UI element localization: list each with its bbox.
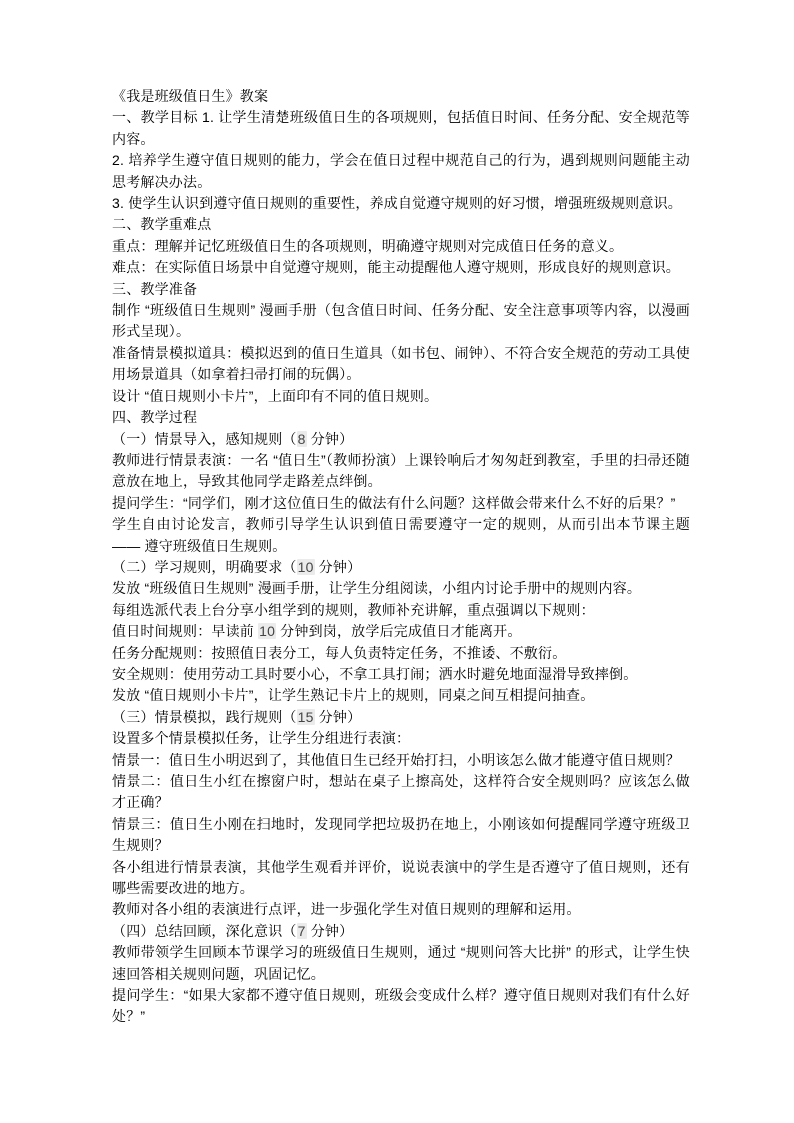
- text-run: 设置多个情景模拟任务，让学生分组进行表演：: [112, 730, 410, 746]
- text-run: 教师对各小组的表演进行点评，进一步强化学生对值日规则的理解和运用。: [112, 901, 581, 917]
- text-run: 难点：在实际值日场景中自觉遵守规则，能主动提醒他人遵守规则，形成良好的规则意识。: [112, 259, 680, 275]
- section-heading: 二、教学重难点: [112, 214, 690, 235]
- paragraph: 情景二：值日生小红在擦窗户时，想站在桌子上擦高处，这样符合安全规则吗？应该怎么做…: [112, 771, 690, 814]
- paragraph: 难点：在实际值日场景中自觉遵守规则，能主动提醒他人遵守规则，形成良好的规则意识。: [112, 257, 690, 278]
- text-block: 《我是班级值日生》教案一、教学目标 1. 让学生清楚班级值日生的各项规则，包括值…: [112, 86, 690, 1028]
- text-run: 《我是班级值日生》教案: [112, 88, 268, 104]
- text-run: 重点：理解并记忆班级值日生的各项规则，明确遵守规则对完成值日任务的意义。: [112, 238, 623, 254]
- text-run: 制作 “班级值日生规则” 漫画手册（包含值日时间、任务分配、安全注意事项等内容，…: [112, 302, 690, 339]
- text-run: （三）情景模拟，践行规则（: [112, 709, 297, 725]
- text-run: 情景三：值日生小刚在扫地时，发现同学把垃圾扔在地上，小刚该如何提醒同学遵守班级卫…: [112, 816, 690, 853]
- highlighted-number: 10: [297, 559, 315, 575]
- subsection-heading: （三）情景模拟，践行规则（15 分钟）: [112, 707, 690, 728]
- text-run: 分钟）: [307, 923, 354, 939]
- section-heading: 三、教学准备: [112, 279, 690, 300]
- paragraph: 提问学生：“同学们，刚才这位值日生的做法有什么问题？这样做会带来什么不好的后果？…: [112, 493, 690, 514]
- text-run: 3. 使学生认识到遵守值日规则的重要性，养成自觉遵守规则的好习惯，增强班级规则意…: [112, 195, 682, 211]
- highlighted-number: 15: [297, 709, 315, 725]
- highlighted-number: 7: [297, 923, 307, 939]
- paragraph: 一、教学目标 1. 让学生清楚班级值日生的各项规则，包括值日时间、任务分配、安全…: [112, 107, 690, 150]
- text-run: 准备情景模拟道具：模拟迟到的值日生道具（如书包、闹钟）、不符合安全规范的劳动工具…: [112, 345, 690, 382]
- paragraph: 重点：理解并记忆班级值日生的各项规则，明确遵守规则对完成值日任务的意义。: [112, 236, 690, 257]
- paragraph: 各小组进行情景表演，其他学生观看并评价，说说表演中的学生是否遵守了值日规则，还有…: [112, 857, 690, 900]
- text-run: 一、教学目标 1. 让学生清楚班级值日生的各项规则，包括值日时间、任务分配、安全…: [112, 109, 690, 146]
- paragraph: 教师对各小组的表演进行点评，进一步强化学生对值日规则的理解和运用。: [112, 899, 690, 920]
- paragraph: 值日时间规则：早读前 10 分钟到岗，放学后完成值日才能离开。: [112, 621, 690, 642]
- document-title: 《我是班级值日生》教案: [112, 86, 690, 107]
- subsection-heading: （二）学习规则，明确要求（10 分钟）: [112, 557, 690, 578]
- paragraph: 教师带领学生回顾本节课学习的班级值日生规则，通过 “规则问答大比拼” 的形式，让…: [112, 942, 690, 985]
- paragraph: 准备情景模拟道具：模拟迟到的值日生道具（如书包、闹钟）、不符合安全规范的劳动工具…: [112, 343, 690, 386]
- paragraph: 3. 使学生认识到遵守值日规则的重要性，养成自觉遵守规则的好习惯，增强班级规则意…: [112, 193, 690, 214]
- paragraph: 设计 “值日规则小卡片”，上面印有不同的值日规则。: [112, 386, 690, 407]
- text-run: 安全规则：使用劳动工具时要小心，不拿工具打闹；洒水时避免地面湿滑导致摔倒。: [112, 666, 637, 682]
- paragraph: 学生自由讨论发言，教师引导学生认识到值日需要遵守一定的规则，从而引出本节课主题—…: [112, 514, 690, 557]
- paragraph: 教师进行情景表演：一名 “值日生”（教师扮演）上课铃响后才匆匆赶到教室，手里的扫…: [112, 450, 690, 493]
- paragraph: 制作 “班级值日生规则” 漫画手册（包含值日时间、任务分配、安全注意事项等内容，…: [112, 300, 690, 343]
- text-run: （二）学习规则，明确要求（: [112, 559, 297, 575]
- highlighted-number: 8: [297, 431, 307, 447]
- highlighted-number: 10: [258, 623, 276, 639]
- paragraph: 设置多个情景模拟任务，让学生分组进行表演：: [112, 728, 690, 749]
- text-run: 分钟）: [315, 559, 362, 575]
- paragraph: 任务分配规则：按照值日表分工，每人负责特定任务，不推诿、不敷衍。: [112, 643, 690, 664]
- text-run: 四、教学过程: [112, 409, 197, 425]
- text-run: 值日时间规则：早读前: [112, 623, 258, 639]
- subsection-heading: （一）情景导入，感知规则（8 分钟）: [112, 429, 690, 450]
- text-run: 任务分配规则：按照值日表分工，每人负责特定任务，不推诿、不敷衍。: [112, 645, 566, 661]
- paragraph: 发放 “值日规则小卡片”，让学生熟记卡片上的规则，同桌之间互相提问抽查。: [112, 685, 690, 706]
- text-run: 设计 “值日规则小卡片”，上面印有不同的值日规则。: [112, 388, 438, 404]
- text-run: 分钟）: [307, 431, 354, 447]
- text-run: 发放 “值日规则小卡片”，让学生熟记卡片上的规则，同桌之间互相提问抽查。: [112, 687, 594, 703]
- paragraph: 每组选派代表上台分享小组学到的规则，教师补充讲解，重点强调以下规则：: [112, 600, 690, 621]
- text-run: 分钟）: [315, 709, 362, 725]
- text-run: 提问学生：“如果大家都不遵守值日规则，班级会变成什么样？遵守值日规则对我们有什么…: [112, 987, 690, 1024]
- text-run: 情景一：值日生小明迟到了，其他值日生已经开始打扫，小明该怎么做才能遵守值日规则？: [112, 752, 680, 768]
- text-run: 三、教学准备: [112, 281, 197, 297]
- subsection-heading: （四）总结回顾，深化意识（7 分钟）: [112, 921, 690, 942]
- section-heading: 四、教学过程: [112, 407, 690, 428]
- text-run: 每组选派代表上台分享小组学到的规则，教师补充讲解，重点强调以下规则：: [112, 602, 595, 618]
- text-run: 教师进行情景表演：一名 “值日生”（教师扮演）上课铃响后才匆匆赶到教室，手里的扫…: [112, 452, 690, 489]
- paragraph: 安全规则：使用劳动工具时要小心，不拿工具打闹；洒水时避免地面湿滑导致摔倒。: [112, 664, 690, 685]
- paragraph: 情景一：值日生小明迟到了，其他值日生已经开始打扫，小明该怎么做才能遵守值日规则？: [112, 750, 690, 771]
- paragraph: 2. 培养学生遵守值日规则的能力，学会在值日过程中规范自己的行为，遇到规则问题能…: [112, 150, 690, 193]
- text-run: 学生自由讨论发言，教师引导学生认识到值日需要遵守一定的规则，从而引出本节课主题—…: [112, 516, 690, 553]
- paragraph: 情景三：值日生小刚在扫地时，发现同学把垃圾扔在地上，小刚该如何提醒同学遵守班级卫…: [112, 814, 690, 857]
- text-run: （一）情景导入，感知规则（: [112, 431, 297, 447]
- text-run: 提问学生：“同学们，刚才这位值日生的做法有什么问题？这样做会带来什么不好的后果？…: [112, 495, 676, 511]
- text-run: 二、教学重难点: [112, 216, 211, 232]
- text-run: 教师带领学生回顾本节课学习的班级值日生规则，通过 “规则问答大比拼” 的形式，让…: [112, 944, 690, 981]
- text-run: 分钟到岗，放学后完成值日才能离开。: [276, 623, 522, 639]
- paragraph: 提问学生：“如果大家都不遵守值日规则，班级会变成什么样？遵守值日规则对我们有什么…: [112, 985, 690, 1028]
- text-run: 发放 “班级值日生规则” 漫画手册，让学生分组阅读，小组内讨论手册中的规则内容。: [112, 580, 641, 596]
- text-run: 各小组进行情景表演，其他学生观看并评价，说说表演中的学生是否遵守了值日规则，还有…: [112, 859, 690, 896]
- document-page: 《我是班级值日生》教案一、教学目标 1. 让学生清楚班级值日生的各项规则，包括值…: [0, 0, 794, 1123]
- text-run: 2. 培养学生遵守值日规则的能力，学会在值日过程中规范自己的行为，遇到规则问题能…: [112, 152, 690, 189]
- text-run: （四）总结回顾，深化意识（: [112, 923, 297, 939]
- text-run: 情景二：值日生小红在擦窗户时，想站在桌子上擦高处，这样符合安全规则吗？应该怎么做…: [112, 773, 690, 810]
- paragraph: 发放 “班级值日生规则” 漫画手册，让学生分组阅读，小组内讨论手册中的规则内容。: [112, 578, 690, 599]
